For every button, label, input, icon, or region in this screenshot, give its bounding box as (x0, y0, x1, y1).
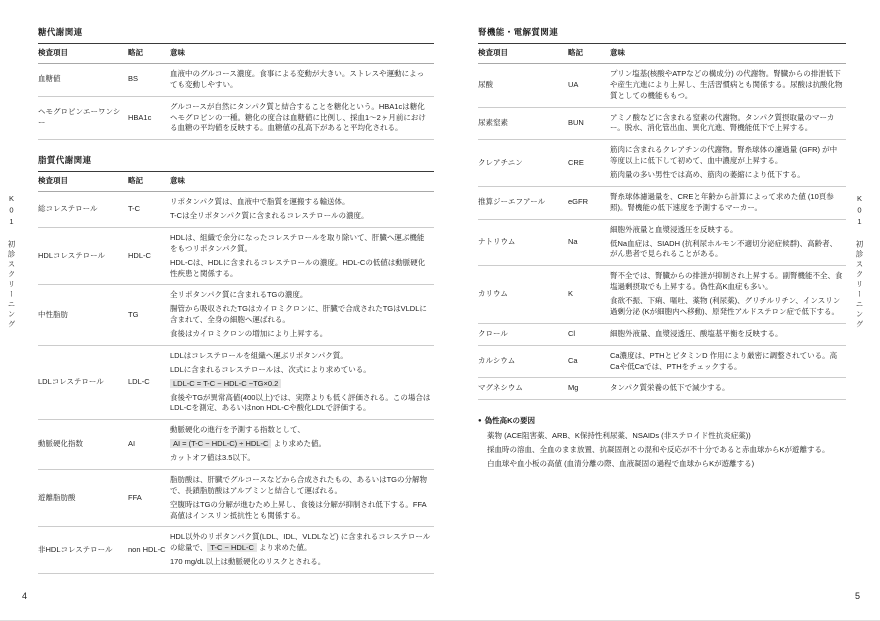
left-page-content: 糖代謝関連 検査項目略記意味血糖値BS血液中のグルコース濃度。食事による変動が大… (38, 26, 434, 588)
meaning-text: プリン塩基(核酸やATPなどの構成分) の代謝物。腎臓からの排泄低下や産生亢進に… (610, 69, 843, 100)
column-header: 検査項目 (38, 172, 128, 192)
meaning-text: 動脈硬化の進行を予測する指数として、 (170, 425, 305, 434)
meaning-paragraph: 空腹時はTGの分解が進むため上昇し、食後は分解が抑制され低下する。FFA高値はイ… (170, 500, 431, 522)
meaning-cell: Ca濃度は、PTHとビタミンD 作用により厳密に調整されている。高Caや低Caで… (610, 345, 846, 378)
chapter-tab-label: K01 初診スクリーニング (6, 194, 17, 330)
meaning-text: 食欲不振、下痢、嘔吐、薬物 (利尿薬)、グリチルリチン、インスリン過剰分泌 (K… (610, 296, 840, 316)
meaning-paragraph: 細胞外液量と血漿浸透圧を反映する。 (610, 225, 843, 236)
meaning-text: Ca濃度は、PTHとビタミンD 作用により厳密に調整されている。高Caや低Caで… (610, 351, 837, 371)
meaning-paragraph: 腎不全では、腎臓からの排泄が抑制され上昇する。副腎機能不全、食塩過剰摂取でも上昇… (610, 271, 843, 293)
abbreviation-cell: Mg (568, 378, 610, 400)
meaning-cell: 脂肪酸は、肝臓でグルコースなどから合成されたもの、あるいはTGの分解物で、長鎖脂… (170, 469, 434, 527)
table-row: 非HDLコレステロールnon HDL-CHDL以外のリポタンパク質(LDL、ID… (38, 527, 434, 574)
table-row: 推算ジーエフアールeGFR腎糸球体濾過量を、CREと年齢から計算によって求めた値… (478, 186, 846, 219)
meaning-text: 腎不全では、腎臓からの排泄が抑制され上昇する。副腎機能不全、食塩過剰摂取でも上昇… (610, 271, 843, 291)
meaning-paragraph: 低Na血症は、SIADH (抗利尿ホルモン不適切分泌症候群)、高齢者、がん患者で… (610, 239, 843, 261)
header-row: 検査項目略記意味 (38, 44, 434, 64)
test-item-cell: カルシウム (478, 345, 568, 378)
table-row: マグネシウムMgタンパク質栄養の低下で減少する。 (478, 378, 846, 400)
abbreviation-cell: UA (568, 63, 610, 107)
test-item-cell: HDLコレステロール (38, 227, 128, 285)
table-row: カリウムK腎不全では、腎臓からの排泄が抑制され上昇する。副腎機能不全、食塩過剰摂… (478, 266, 846, 324)
table-row: 総コレステロールT-Cリポタンパク質は、血液中で脂質を運搬する輸送体。T-Cは全… (38, 192, 434, 228)
meaning-text: 食後はカイロミクロンの増加により上昇する。 (170, 329, 327, 338)
column-header: 略記 (128, 44, 170, 64)
header-row: 検査項目略記意味 (38, 172, 434, 192)
meaning-cell: 腎糸球体濾過量を、CREと年齢から計算によって求めた値 (10頁参照)。腎機能の… (610, 186, 846, 219)
meaning-text: アミノ酸などに含まれる窒素の代謝物。タンパク質摂取量のマーカー。脱水、消化管出血… (610, 113, 834, 133)
meaning-paragraph: タンパク質栄養の低下で減少する。 (610, 383, 843, 394)
table-row: 尿酸UAプリン塩基(核酸やATPなどの構成分) の代謝物。腎臓からの排泄低下や産… (478, 63, 846, 107)
test-item-cell: カリウム (478, 266, 568, 324)
table-row: HDLコレステロールHDL-CHDLは、組織で余分になったコレステロールを取り除… (38, 227, 434, 285)
note-line: 薬物 (ACE阻害薬、ARB、K保持性利尿薬、NSAIDs (非ステロイド性抗炎… (487, 429, 846, 443)
test-item-cell: 血糖値 (38, 63, 128, 96)
meaning-paragraph: T-Cは全リポタンパク質に含まれるコレステロールの濃度。 (170, 211, 431, 222)
note-title-text: 偽性高Kの要因 (485, 416, 535, 425)
test-item-cell: 総コレステロール (38, 192, 128, 228)
table-row: クレアチニンCRE筋肉に含まれるクレアチンの代謝物。腎糸球体の濾過量 (GFR)… (478, 140, 846, 187)
abbreviation-cell: HBA1c (128, 96, 170, 140)
meaning-paragraph: 細胞外液量、血漿浸透圧、酸塩基平衡を反映する。 (610, 329, 843, 340)
meaning-text: LDLに含まれるコレステロールは、次式により求めている。 (170, 365, 371, 374)
meaning-cell: 筋肉に含まれるクレアチンの代謝物。腎糸球体の濾過量 (GFR) が中等度以上に低… (610, 140, 846, 187)
meaning-text: 腎糸球体濾過量を、CREと年齢から計算によって求めた値 (10頁参照)。腎機能の… (610, 192, 834, 212)
page-number: 4 (22, 591, 27, 601)
formula-highlight: LDL-C = T-C − HDL-C −TG×0.2 (170, 379, 281, 388)
meaning-text: タンパク質栄養の低下で減少する。 (610, 383, 729, 392)
meaning-text: 食後やTGが異常高値(400以上)では、実際よりも低く評価される。この場合はLD… (170, 393, 430, 413)
section-lipid-metabolism: 脂質代謝関連 検査項目略記意味総コレステロールT-Cリポタンパク質は、血液中で脂… (38, 154, 434, 574)
meaning-text: リポタンパク質は、血液中で脂質を運搬する輸送体。 (170, 197, 349, 206)
abbreviation-cell: Cl (568, 323, 610, 345)
table-row: LDLコレステロールLDL-CLDLはコレステロールを組織へ運ぶリポタンパク質。… (38, 345, 434, 419)
abbreviation-cell: AI (128, 420, 170, 470)
formula-highlight: T-C − HDL-C (207, 543, 257, 552)
test-item-cell: 中性脂肪 (38, 285, 128, 346)
meaning-cell: 動脈硬化の進行を予測する指数として、AI = (T-C − HDL-C) ÷ H… (170, 420, 434, 470)
meaning-paragraph: LDLに含まれるコレステロールは、次式により求めている。 (170, 365, 431, 376)
meaning-cell: 細胞外液量と血漿浸透圧を反映する。低Na血症は、SIADH (抗利尿ホルモン不適… (610, 219, 846, 266)
column-header: 検査項目 (38, 44, 128, 64)
table-row: 血糖値BS血液中のグルコース濃度。食事による変動が大きい。ストレスや運動によって… (38, 63, 434, 96)
column-header: 検査項目 (478, 44, 568, 64)
meaning-paragraph: 脂肪酸は、肝臓でグルコースなどから合成されたもの、あるいはTGの分解物で、長鎖脂… (170, 475, 431, 497)
table-row: 遊離脂肪酸FFA脂肪酸は、肝臓でグルコースなどから合成されたもの、あるいはTGの… (38, 469, 434, 527)
formula-highlight: AI = (T-C − HDL-C) ÷ HDL-C (170, 439, 271, 448)
test-item-cell: 動脈硬化指数 (38, 420, 128, 470)
meaning-text: 細胞外液量、血漿浸透圧、酸塩基平衡を反映する。 (610, 329, 783, 338)
meaning-text: 脂肪酸は、肝臓でグルコースなどから合成されたもの、あるいはTGの分解物で、長鎖脂… (170, 475, 427, 495)
abbreviation-cell: Na (568, 219, 610, 266)
lipid-metabolism-table: 検査項目略記意味総コレステロールT-Cリポタンパク質は、血液中で脂質を運搬する輸… (38, 171, 434, 574)
meaning-text: 170 mg/dL以上は動脈硬化のリスクとされる。 (170, 557, 325, 566)
meaning-cell: HDLは、組織で余分になったコレステロールを取り除いて、肝臓へ運ぶ機能をもつリポ… (170, 227, 434, 285)
note-line: 白血球や血小板の高値 (血清分離の際、血液凝固の過程で血球からKが遊離する) (487, 457, 846, 471)
section-title: 腎機能・電解質関連 (478, 26, 846, 38)
meaning-paragraph: リポタンパク質は、血液中で脂質を運搬する輸送体。 (170, 197, 431, 208)
abbreviation-cell: TG (128, 285, 170, 346)
abbreviation-cell: eGFR (568, 186, 610, 219)
meaning-paragraph: AI = (T-C − HDL-C) ÷ HDL-C より求めた値。 (170, 439, 431, 450)
meaning-paragraph: LDL-C = T-C − HDL-C −TG×0.2 (170, 379, 431, 390)
abbreviation-cell: FFA (128, 469, 170, 527)
left-page: 糖代謝関連 検査項目略記意味血糖値BS血液中のグルコース濃度。食事による変動が大… (0, 0, 440, 621)
meaning-cell: 細胞外液量、血漿浸透圧、酸塩基平衡を反映する。 (610, 323, 846, 345)
note-line: 採血時の溶血、全血のまま放置、抗凝固剤との混和や反応が不十分であると赤血球からK… (487, 443, 846, 457)
column-header: 意味 (170, 44, 434, 64)
meaning-cell: アミノ酸などに含まれる窒素の代謝物。タンパク質摂取量のマーカー。脱水、消化管出血… (610, 107, 846, 140)
meaning-cell: タンパク質栄養の低下で減少する。 (610, 378, 846, 400)
renal-electrolyte-table: 検査項目略記意味尿酸UAプリン塩基(核酸やATPなどの構成分) の代謝物。腎臓か… (478, 43, 846, 400)
meaning-paragraph: プリン塩基(核酸やATPなどの構成分) の代謝物。腎臓からの排泄低下や産生亢進に… (610, 69, 843, 102)
section-renal-electrolyte: 腎機能・電解質関連 検査項目略記意味尿酸UAプリン塩基(核酸やATPなどの構成分… (478, 26, 846, 400)
test-item-cell: クロール (478, 323, 568, 345)
meaning-paragraph: 動脈硬化の進行を予測する指数として、 (170, 425, 431, 436)
meaning-paragraph: 筋肉に含まれるクレアチンの代謝物。腎糸球体の濾過量 (GFR) が中等度以上に低… (610, 145, 843, 167)
meaning-paragraph: 血液中のグルコース濃度。食事による変動が大きい。ストレスや運動によっても変動しや… (170, 69, 431, 91)
test-item-cell: 尿酸 (478, 63, 568, 107)
meaning-text: T-Cは全リポタンパク質に含まれるコレステロールの濃度。 (170, 211, 369, 220)
meaning-text: より求めた値。 (271, 439, 326, 448)
section-title: 糖代謝関連 (38, 26, 434, 38)
meaning-paragraph: 腸管から吸収されたTGはカイロミクロンに、肝臓で合成されたTGはVLDLに含まれ… (170, 304, 431, 326)
meaning-text: 筋肉に含まれるクレアチンの代謝物。腎糸球体の濾過量 (GFR) が中等度以上に低… (610, 145, 837, 165)
right-page: 腎機能・電解質関連 検査項目略記意味尿酸UAプリン塩基(核酸やATPなどの構成分… (440, 0, 880, 621)
test-item-cell: 推算ジーエフアール (478, 186, 568, 219)
bullet-icon: ● (478, 418, 482, 424)
table-row: ヘモグロビンエーワンシーHBA1cグルコースが自然にタンパク質と結合することを糖… (38, 96, 434, 140)
abbreviation-cell: K (568, 266, 610, 324)
test-item-cell: マグネシウム (478, 378, 568, 400)
meaning-paragraph: 食後やTGが異常高値(400以上)では、実際よりも低く評価される。この場合はLD… (170, 393, 431, 415)
meaning-text: 空腹時はTGの分解が進むため上昇し、食後は分解が抑制され低下する。FFA高値はイ… (170, 500, 427, 520)
column-header: 意味 (170, 172, 434, 192)
glucose-metabolism-table: 検査項目略記意味血糖値BS血液中のグルコース濃度。食事による変動が大きい。ストレ… (38, 43, 434, 140)
test-item-cell: ヘモグロビンエーワンシー (38, 96, 128, 140)
meaning-text: より求めた値。 (257, 543, 312, 552)
table-row: 中性脂肪TG全リポタンパク質に含まれるTGの濃度。腸管から吸収されたTGはカイロ… (38, 285, 434, 346)
abbreviation-cell: LDL-C (128, 345, 170, 419)
meaning-paragraph: 腎糸球体濾過量を、CREと年齢から計算によって求めた値 (10頁参照)。腎機能の… (610, 192, 843, 214)
column-header: 意味 (610, 44, 846, 64)
meaning-text: 低Na血症は、SIADH (抗利尿ホルモン不適切分泌症候群)、高齢者、がん患者で… (610, 239, 837, 259)
meaning-cell: 全リポタンパク質に含まれるTGの濃度。腸管から吸収されたTGはカイロミクロンに、… (170, 285, 434, 346)
section-glucose-metabolism: 糖代謝関連 検査項目略記意味血糖値BS血液中のグルコース濃度。食事による変動が大… (38, 26, 434, 140)
meaning-paragraph: HDL-Cは、HDLに含まれるコレステロールの濃度。HDL-Cの低値は動脈硬化性… (170, 258, 431, 280)
meaning-paragraph: 170 mg/dL以上は動脈硬化のリスクとされる。 (170, 557, 431, 568)
table-row: 動脈硬化指数AI動脈硬化の進行を予測する指数として、AI = (T-C − HD… (38, 420, 434, 470)
meaning-paragraph: 全リポタンパク質に含まれるTGの濃度。 (170, 290, 431, 301)
meaning-text: 細胞外液量と血漿浸透圧を反映する。 (610, 225, 738, 234)
test-item-cell: LDLコレステロール (38, 345, 128, 419)
test-item-cell: ナトリウム (478, 219, 568, 266)
meaning-cell: 血液中のグルコース濃度。食事による変動が大きい。ストレスや運動によっても変動しや… (170, 63, 434, 96)
note-lines: 薬物 (ACE阻害薬、ARB、K保持性利尿薬、NSAIDs (非ステロイド性抗炎… (478, 429, 846, 472)
meaning-text: グルコースが自然にタンパク質と結合することを糖化という。HBA1cは糖化ヘモグロ… (170, 102, 426, 133)
meaning-paragraph: カットオフ値は3.5以下。 (170, 453, 431, 464)
meaning-paragraph: LDLはコレステロールを組織へ運ぶリポタンパク質。 (170, 351, 431, 362)
meaning-paragraph: グルコースが自然にタンパク質と結合することを糖化という。HBA1cは糖化ヘモグロ… (170, 102, 431, 135)
table-row: 尿素窒素BUNアミノ酸などに含まれる窒素の代謝物。タンパク質摂取量のマーカー。脱… (478, 107, 846, 140)
column-header: 略記 (128, 172, 170, 192)
section-title: 脂質代謝関連 (38, 154, 434, 166)
meaning-text: LDLはコレステロールを組織へ運ぶリポタンパク質。 (170, 351, 348, 360)
meaning-text: HDLは、組織で余分になったコレステロールを取り除いて、肝臓へ運ぶ機能をもつリポ… (170, 233, 424, 253)
header-row: 検査項目略記意味 (478, 44, 846, 64)
meaning-text: HDL-Cは、HDLに含まれるコレステロールの濃度。HDL-Cの低値は動脈硬化性… (170, 258, 425, 278)
meaning-cell: HDL以外のリポタンパク質(LDL、IDL、VLDLなど) に含まれるコレステロ… (170, 527, 434, 574)
abbreviation-cell: BS (128, 63, 170, 96)
meaning-text: 全リポタンパク質に含まれるTGの濃度。 (170, 290, 307, 299)
meaning-paragraph: Ca濃度は、PTHとビタミンD 作用により厳密に調整されている。高Caや低Caで… (610, 351, 843, 373)
test-item-cell: 非HDLコレステロール (38, 527, 128, 574)
meaning-paragraph: 食後はカイロミクロンの増加により上昇する。 (170, 329, 431, 340)
right-page-content: 腎機能・電解質関連 検査項目略記意味尿酸UAプリン塩基(核酸やATPなどの構成分… (478, 26, 846, 471)
meaning-cell: 腎不全では、腎臓からの排泄が抑制され上昇する。副腎機能不全、食塩過剰摂取でも上昇… (610, 266, 846, 324)
pseudo-hyperkalemia-note: ●偽性高Kの要因 薬物 (ACE阻害薬、ARB、K保持性利尿薬、NSAIDs (… (478, 414, 846, 471)
meaning-text: 筋肉量の多い男性では高め、筋肉の萎縮により低下する。 (610, 170, 805, 179)
meaning-paragraph: 筋肉量の多い男性では高め、筋肉の萎縮により低下する。 (610, 170, 843, 181)
meaning-paragraph: 食欲不振、下痢、嘔吐、薬物 (利尿薬)、グリチルリチン、インスリン過剰分泌 (K… (610, 296, 843, 318)
column-header: 略記 (568, 44, 610, 64)
meaning-paragraph: HDLは、組織で余分になったコレステロールを取り除いて、肝臓へ運ぶ機能をもつリポ… (170, 233, 431, 255)
abbreviation-cell: CRE (568, 140, 610, 187)
meaning-cell: LDLはコレステロールを組織へ運ぶリポタンパク質。LDLに含まれるコレステロール… (170, 345, 434, 419)
table-row: カルシウムCaCa濃度は、PTHとビタミンD 作用により厳密に調整されている。高… (478, 345, 846, 378)
meaning-text: 血液中のグルコース濃度。食事による変動が大きい。ストレスや運動によっても変動しや… (170, 69, 424, 89)
page-number: 5 (855, 591, 860, 601)
abbreviation-cell: HDL-C (128, 227, 170, 285)
meaning-cell: グルコースが自然にタンパク質と結合することを糖化という。HBA1cは糖化ヘモグロ… (170, 96, 434, 140)
meaning-cell: リポタンパク質は、血液中で脂質を運搬する輸送体。T-Cは全リポタンパク質に含まれ… (170, 192, 434, 228)
chapter-tab-label: K01 初診スクリーニング (854, 194, 865, 330)
test-item-cell: 遊離脂肪酸 (38, 469, 128, 527)
test-item-cell: クレアチニン (478, 140, 568, 187)
meaning-paragraph: アミノ酸などに含まれる窒素の代謝物。タンパク質摂取量のマーカー。脱水、消化管出血… (610, 113, 843, 135)
abbreviation-cell: BUN (568, 107, 610, 140)
meaning-cell: プリン塩基(核酸やATPなどの構成分) の代謝物。腎臓からの排泄低下や産生亢進に… (610, 63, 846, 107)
abbreviation-cell: Ca (568, 345, 610, 378)
meaning-text: 腸管から吸収されたTGはカイロミクロンに、肝臓で合成されたTGはVLDLに含まれ… (170, 304, 427, 324)
abbreviation-cell: T-C (128, 192, 170, 228)
abbreviation-cell: non HDL-C (128, 527, 170, 574)
note-title: ●偽性高Kの要因 (478, 414, 846, 428)
table-row: ナトリウムNa細胞外液量と血漿浸透圧を反映する。低Na血症は、SIADH (抗利… (478, 219, 846, 266)
meaning-text: カットオフ値は3.5以下。 (170, 453, 255, 462)
table-row: クロールCl細胞外液量、血漿浸透圧、酸塩基平衡を反映する。 (478, 323, 846, 345)
meaning-paragraph: HDL以外のリポタンパク質(LDL、IDL、VLDLなど) に含まれるコレステロ… (170, 532, 431, 554)
test-item-cell: 尿素窒素 (478, 107, 568, 140)
